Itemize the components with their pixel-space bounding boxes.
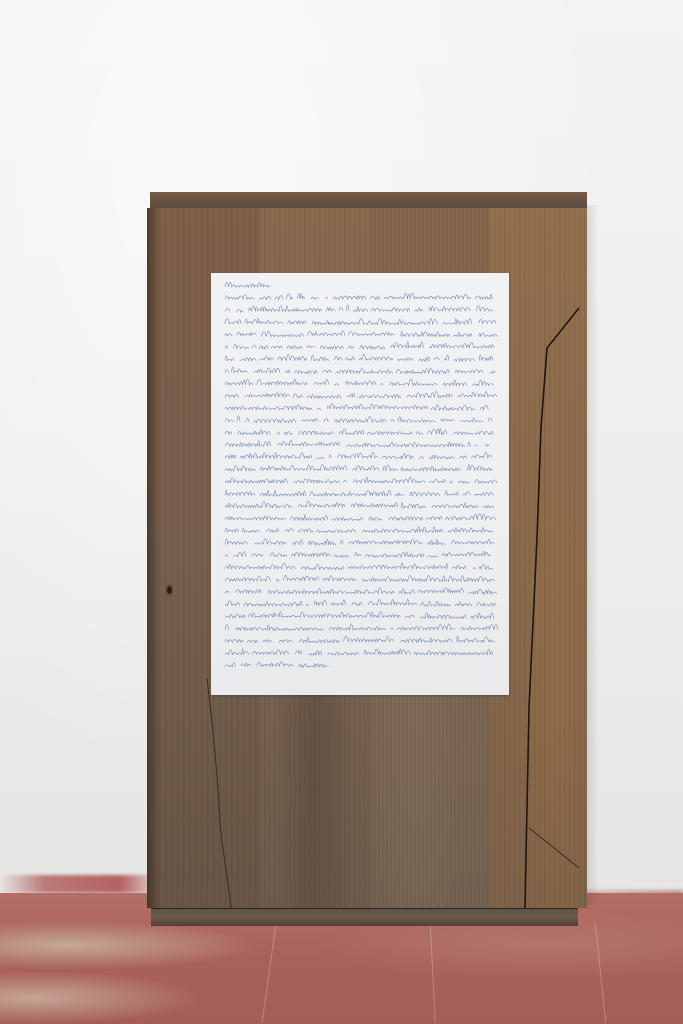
handwriting-line — [225, 551, 490, 557]
handwriting-line — [225, 354, 493, 361]
wall-paint-stain — [0, 875, 150, 893]
handwriting-line — [225, 599, 496, 606]
handwriting-line — [225, 575, 494, 581]
handwriting-line — [225, 662, 332, 667]
handwriting-line — [225, 501, 494, 508]
handwriting-line — [225, 342, 494, 349]
handwriting-line — [225, 464, 492, 470]
floor-scratch — [429, 913, 436, 1023]
handwriting-line — [225, 452, 491, 459]
handwriting-line — [225, 416, 498, 423]
handwriting-line — [225, 282, 273, 287]
handwriting-line — [225, 563, 493, 570]
handwriting — [211, 273, 509, 695]
handwriting-line — [225, 624, 498, 630]
handwriting-line — [225, 477, 497, 483]
handwriting-line — [225, 293, 496, 300]
handwriting-line — [225, 490, 493, 496]
handwriting-line — [225, 404, 492, 410]
handwritten-letter — [211, 273, 509, 695]
handwriting-line — [225, 379, 493, 386]
handwriting-line — [225, 588, 497, 594]
handwriting-line — [225, 305, 493, 312]
handwriting-line — [225, 318, 502, 324]
handwriting-line — [225, 440, 495, 447]
handwriting-line — [225, 428, 493, 434]
handwriting-line — [225, 391, 497, 398]
handwriting-line — [225, 611, 494, 618]
handwriting-line — [225, 538, 494, 544]
handwriting-line — [225, 527, 493, 533]
handwriting-line — [225, 331, 497, 337]
board-top-rail — [150, 192, 587, 209]
floor-scratch — [595, 923, 606, 1023]
board-bottom-rail — [151, 908, 578, 926]
handwriting-line — [225, 636, 495, 643]
handwriting-line — [225, 367, 495, 374]
handwriting-line — [225, 649, 493, 656]
handwriting-line — [225, 514, 496, 521]
